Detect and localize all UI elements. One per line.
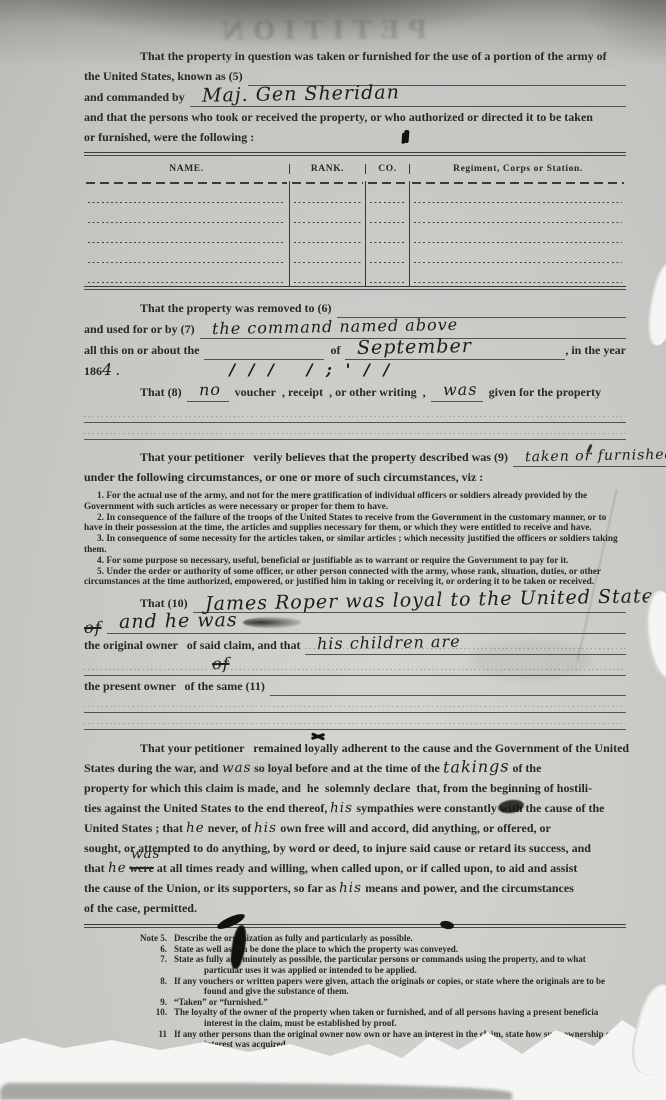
table-row bbox=[84, 266, 626, 286]
para1-line1: That the property in question was taken … bbox=[84, 46, 626, 66]
para2-line1: That the property was removed to (6) bbox=[84, 298, 626, 318]
handwritten-his-children: his children are bbox=[317, 635, 461, 651]
handwritten-his: his bbox=[339, 883, 362, 893]
para1-line4: and that the persons who took or receive… bbox=[84, 107, 626, 127]
ink-blot-dot bbox=[439, 920, 454, 931]
bottom-edge-shadow bbox=[0, 1083, 512, 1100]
ink-blot-over-word: with bbox=[500, 801, 523, 815]
blank-rule-line bbox=[84, 406, 626, 423]
table-header-row: NAME. RANK. CO. Regiment, Corps or Stati… bbox=[84, 156, 626, 181]
known-as-label: the United States, known as (5) bbox=[84, 66, 243, 86]
loyalty-entry4: of bbox=[84, 655, 626, 676]
col-header-regiment: Regiment, Corps or Station. bbox=[409, 164, 626, 174]
para3-line1: That your petitioner verily believes tha… bbox=[84, 446, 626, 467]
table-row bbox=[84, 186, 626, 206]
handwritten-month: September bbox=[357, 339, 472, 355]
handwritten-his: his bbox=[330, 803, 353, 813]
loyalty-entry2: and he was bbox=[107, 613, 626, 634]
circumstance-item: 5. Under the order or authority of some … bbox=[84, 567, 626, 589]
handwritten-he: he bbox=[108, 863, 127, 873]
loyalty-line5: the present owner of the same (11) bbox=[84, 676, 626, 696]
para4-line8: the cause of the Union, or its supporter… bbox=[84, 878, 626, 898]
circumstance-item: 3. In consequence of some necessity for … bbox=[84, 534, 626, 556]
was-entry: was bbox=[431, 381, 483, 402]
footnote-item: 10.The loyalty of the owner of the prope… bbox=[124, 1007, 626, 1028]
described-was-entry: taken or furnished bbox=[513, 446, 666, 467]
handwritten-was-above: was bbox=[131, 849, 161, 860]
handwritten-commander: Maj. Gen Sheridan bbox=[202, 85, 400, 102]
handwritten-taken-or-furnished: taken or furnished bbox=[525, 450, 666, 463]
voucher-entry: no bbox=[187, 381, 229, 402]
ink-blot bbox=[404, 130, 410, 143]
handwritten-his: his bbox=[254, 823, 277, 833]
footnote-item: 11If any other persons than the original… bbox=[124, 1029, 626, 1050]
footnote-item: 7.State as fully and minutely as possibl… bbox=[124, 954, 626, 975]
blank-rule-line bbox=[84, 423, 626, 440]
para4-line7: that he werewas at all times ready and w… bbox=[84, 858, 626, 878]
col-header-co: CO. bbox=[365, 164, 409, 174]
footnotes: Note 5.Describe the organization as full… bbox=[124, 933, 626, 1050]
handwritten-james-roper: James Roper was loyal to the United Stat… bbox=[205, 589, 665, 611]
struck-of-2: of bbox=[212, 657, 230, 670]
para2-line2: and used for or by (7) the command named… bbox=[84, 318, 626, 339]
day-blank bbox=[204, 359, 324, 360]
footnote-item: Note 5.Describe the organization as full… bbox=[124, 933, 626, 944]
month-entry: September bbox=[345, 339, 565, 360]
pen-tick-marks: / / / / ; ' / / bbox=[229, 360, 393, 379]
footnote-item: 8.If any vouchers or written papers were… bbox=[124, 976, 626, 997]
para1-line3: and commanded by Maj. Gen Sheridan bbox=[84, 86, 626, 107]
handwritten-he: he bbox=[186, 823, 205, 833]
handwritten-and-he-was: and he was bbox=[118, 613, 237, 629]
circumstance-item: 2. In consequence of the failure of the … bbox=[84, 513, 626, 535]
footnote-item: 9.“Taken” or “furnished.” bbox=[124, 997, 626, 1008]
para4-line6: sought, or attempted to do anything, by … bbox=[84, 838, 626, 858]
para1-line5: or furnished, were the following : bbox=[84, 127, 626, 147]
loyalty-entry1: James Roper was loyal to the United Stat… bbox=[193, 592, 626, 613]
handwritten-used-by: the command named above bbox=[211, 318, 457, 335]
loyalty-line4: of bbox=[84, 655, 626, 676]
ink-smudge bbox=[243, 617, 301, 628]
paper-sheet: PETITION That the property in question w… bbox=[0, 0, 666, 1100]
used-for-label: and used for or by (7) bbox=[84, 319, 195, 339]
circumstance-item: 4. For some purpose so necessary, useful… bbox=[84, 556, 626, 567]
circumstances-list: 1. For the actual use of the army, and n… bbox=[84, 491, 626, 588]
handwritten-was: was bbox=[221, 763, 251, 774]
scanned-petition-page: { "document": { "bleed_title": "PETITION… bbox=[0, 0, 666, 1100]
para2-line3: all this on or about the of September , … bbox=[84, 339, 626, 360]
circumstance-item: 1. For the actual use of the army, and n… bbox=[84, 491, 626, 513]
table-row bbox=[84, 246, 626, 266]
commanded-by-label: and commanded by bbox=[84, 87, 185, 107]
handwritten-was: was bbox=[443, 383, 478, 397]
blank-rule-line bbox=[84, 696, 626, 713]
para4-line2: States during the war, and was so loyal … bbox=[84, 758, 626, 778]
loyalty-line3: the original owner of said claim, and th… bbox=[84, 634, 626, 655]
handwritten-year-digit: 4 bbox=[102, 363, 113, 376]
para4-line5: United States ; that he never, of his ow… bbox=[84, 818, 626, 838]
persons-table: NAME. RANK. CO. Regiment, Corps or Stati… bbox=[84, 152, 626, 290]
footnote-separator-rule bbox=[84, 924, 626, 928]
footnote-item: 6.State as well as can be done the place… bbox=[124, 944, 626, 955]
handwritten-no: no bbox=[199, 383, 221, 396]
loyalty-line2: of and he was bbox=[84, 613, 626, 634]
table-bottom-rule bbox=[84, 286, 626, 290]
para4-line1: That your petitioner remained loyally ad… bbox=[84, 738, 626, 758]
table-row bbox=[84, 206, 626, 226]
ink-cross-mark bbox=[311, 731, 325, 741]
para4-line4: ties against the United States to the en… bbox=[84, 798, 626, 818]
removed-to-label: That the property was removed to (6) bbox=[84, 298, 332, 318]
year-printed: 186 bbox=[84, 364, 102, 378]
col-header-rank: RANK. bbox=[289, 164, 365, 174]
para4-line3: property for which this claim is made, a… bbox=[84, 778, 626, 798]
form-content: That the property in question was taken … bbox=[84, 46, 626, 1050]
present-owner-blank bbox=[270, 695, 626, 696]
bleedthrough-petition-title: PETITION bbox=[170, 15, 470, 47]
table-row bbox=[84, 226, 626, 246]
para2-line5: That (8) no voucher , receipt , or other… bbox=[84, 381, 626, 402]
col-header-name: NAME. bbox=[84, 164, 289, 174]
struck-of: of bbox=[84, 621, 102, 634]
para4-line9: of the case, permitted. bbox=[84, 898, 626, 918]
handwritten-takings: takings bbox=[443, 760, 510, 774]
para3-line2: under the following circumstances, or on… bbox=[84, 467, 626, 487]
blank-rule-line bbox=[84, 713, 626, 730]
para2-line4: 1864 ./ / / / ; ' / / bbox=[84, 360, 626, 381]
were-struck-was-above: werewas bbox=[129, 858, 153, 878]
commanded-by-entry: Maj. Gen Sheridan bbox=[190, 86, 626, 107]
loyalty-entry3: his children are bbox=[305, 634, 626, 655]
